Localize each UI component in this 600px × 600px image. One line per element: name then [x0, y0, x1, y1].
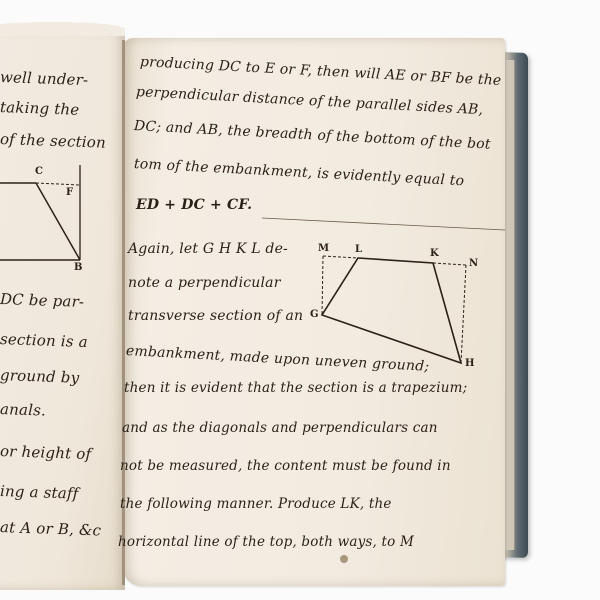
- left-trapezoid-diagram: [0, 165, 80, 260]
- geometry-diagrams: [0, 0, 600, 600]
- ink-stain: [340, 555, 348, 563]
- diagram-label-g: G: [310, 309, 319, 320]
- diagram-label-f: F: [66, 187, 73, 198]
- separator-rule: [262, 218, 505, 230]
- diagram-label-n: N: [469, 258, 478, 269]
- diagram-label-l: L: [355, 244, 362, 255]
- diagram-label-h: H: [465, 358, 474, 369]
- diagram-label-m: M: [318, 243, 329, 254]
- diagram-label-c: C: [35, 166, 43, 177]
- diagram-label-b: B: [74, 262, 82, 273]
- diagram-label-k: K: [430, 248, 439, 259]
- right-trapezium-diagram: [322, 256, 466, 363]
- notebook-photo: well under- taking the of the section DC…: [0, 0, 600, 600]
